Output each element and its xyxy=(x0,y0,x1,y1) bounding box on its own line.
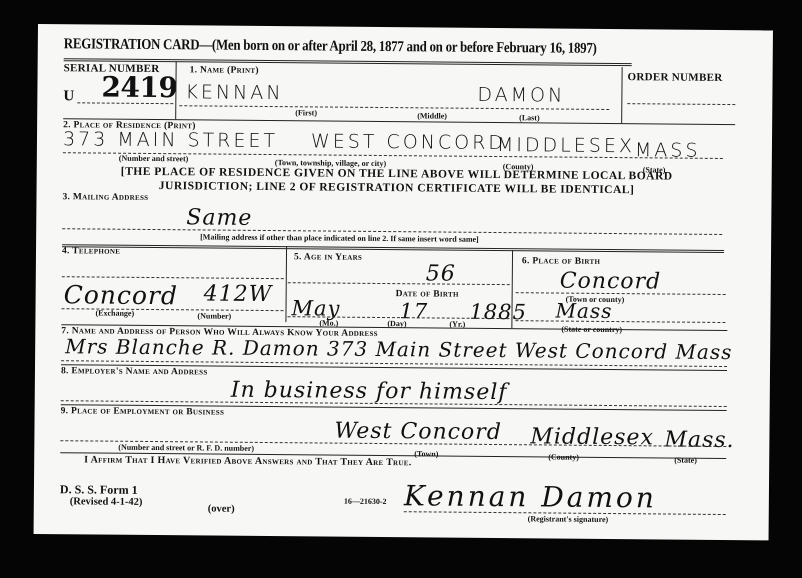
row3-rule xyxy=(62,244,724,253)
telephone-exchange-value: Concord xyxy=(64,280,179,310)
order-number-dash xyxy=(627,103,735,105)
name-last-value: DAMON xyxy=(477,84,565,107)
number-caption: (Number) xyxy=(197,311,231,320)
employment-town-caption: (Town) xyxy=(414,449,438,458)
order-divider xyxy=(621,67,622,123)
age-dash xyxy=(288,282,510,285)
residence-town-value: WEST CONCORD xyxy=(311,130,506,154)
serial-number-value: 2419 xyxy=(101,71,177,105)
registration-card: REGISTRATION CARD—(Men born on or after … xyxy=(34,24,773,540)
employment-town-value: West Concord xyxy=(334,419,502,445)
serial-dash xyxy=(77,102,173,104)
employment-place-label: 9. Place of Employment or Business xyxy=(61,406,225,417)
telephone-number-value: 412W xyxy=(204,281,273,307)
over-note: (over) xyxy=(208,504,235,515)
telephone-top-dash xyxy=(62,276,284,279)
name-label: 1. Name (Print) xyxy=(190,65,259,76)
serial-prefix: U xyxy=(63,88,74,105)
form-revised: (Revised 4-1-42) xyxy=(70,496,143,508)
affirmation-text: I Affirm That I Have Verified Above Answ… xyxy=(84,454,411,468)
mailing-value: Same xyxy=(186,205,252,231)
birthplace-town-value: Concord xyxy=(560,269,662,295)
mailing-caption: [Mailing address if other than place ind… xyxy=(200,232,479,243)
print-code: 16—21630-2 xyxy=(344,497,387,506)
employment-state-value: Mass. xyxy=(664,427,734,453)
last-caption: (Last) xyxy=(519,113,540,122)
registrant-signature: Kennan Damon xyxy=(404,479,657,514)
telephone-divider xyxy=(285,246,287,322)
card-title: REGISTRATION CARD—(Men born on or after … xyxy=(64,36,597,58)
employment-county-value: Middlesex xyxy=(530,424,654,450)
employer-value: In business for himself xyxy=(231,378,508,405)
jurisdiction-notice: [THE PLACE OF RESIDENCE GIVEN ON THE LIN… xyxy=(97,165,697,198)
age-label: 5. Age in Years xyxy=(294,252,362,263)
employer-label: 8. Employer's Name and Address xyxy=(61,366,208,377)
middle-caption: (Middle) xyxy=(417,111,447,120)
contact-value: Mrs Blanche R. Damon 373 Main Street Wes… xyxy=(65,334,732,364)
first-caption: (First) xyxy=(295,108,317,117)
residence-street-value: 373 MAIN STREET xyxy=(63,128,278,152)
residence-county-value: MIDDLESEX xyxy=(497,134,635,157)
telephone-label: 4. Telephone xyxy=(62,246,120,257)
birthplace-label: 6. Place of Birth xyxy=(522,256,600,267)
signature-caption: (Registrant's signature) xyxy=(528,514,609,524)
birthplace-state-dash xyxy=(515,320,725,323)
dob-label: Date of Birth xyxy=(396,289,459,300)
mailing-label: 3. Mailing Address xyxy=(62,192,148,203)
street-caption: (Number and street) xyxy=(119,154,189,164)
employment-street-caption: (Number and street or R. F. D. number) xyxy=(118,443,254,453)
exchange-caption: (Exchange) xyxy=(95,309,134,318)
order-number-label: ORDER NUMBER xyxy=(628,71,723,84)
name-first-value: KENNAN xyxy=(185,81,283,104)
birthplace-state-value: Mass xyxy=(555,299,612,323)
